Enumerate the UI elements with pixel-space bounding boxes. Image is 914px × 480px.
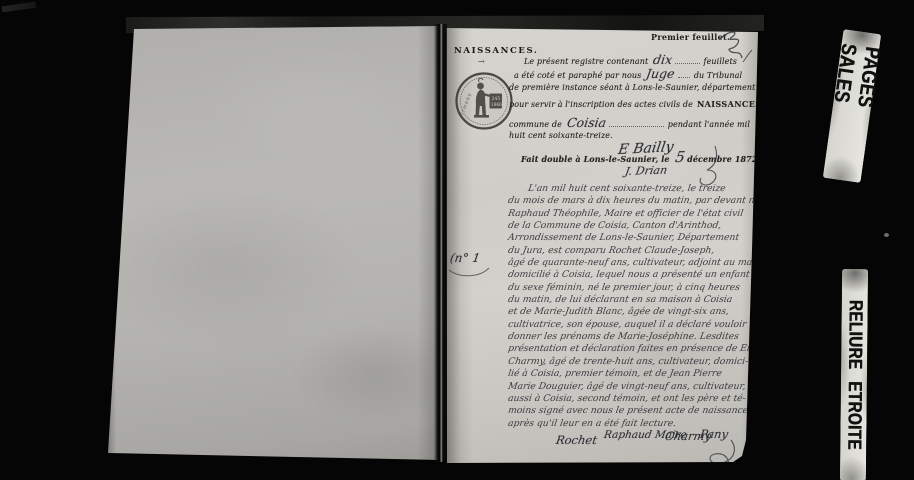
act-text-line: lié à Coisia, premier témoin, et de Jean… [507,368,761,380]
printed-text: huit cent soixante-treize. [509,131,613,140]
form-line-1: Le présent registre contenant dix feuill… [524,49,753,67]
stamp-tablet-line2: 1866 [491,103,502,108]
printed-text: pendant l'année mil [668,120,750,129]
handwritten-entry-feuillet-count: dix [652,52,673,67]
printed-text: Le présent registre contenant [524,57,648,66]
fill-flourish-icon [741,49,753,64]
act-text-line: de la Commune de Coisia, Canton d'Arinth… [507,220,761,232]
form-line-6: huit cent soixante-treize. [509,131,613,140]
timbre-imperial-stamp-icon: TIMBRE 245 1866 [455,70,513,132]
dotted-rule [678,75,690,78]
act-text-line: Arrondissement de Lons-le-Saunier, Dépar… [507,232,761,244]
margin-note-swoosh-icon [447,266,491,280]
dotted-rule [675,61,699,64]
act-text-line: L'an mil huit cent soixante-treize, le t… [507,183,761,195]
act-text-line: du matin, de lui déclarant en sa maison … [507,294,761,306]
printed-text: commune de [509,120,562,129]
film-speck [884,233,889,237]
form-line-3: de première instance séant à Lons-le-Sau… [509,83,791,92]
act-text-line: moins signé avec nous le présent acte de… [507,405,761,417]
printed-text-bold: NAISSANCES [697,99,761,109]
act-text-line: âgé de quarante-neuf ans, cultivateur, a… [507,257,761,269]
printed-text: dans la [765,100,795,109]
act-text-line: du Jura, est comparu Rochet Claude-Josep… [507,245,761,257]
act-text-line: du mois de mars à dix heures du matin, p… [507,195,761,207]
form-line-2: a été coté et paraphé par nous Juge du T… [514,66,711,81]
microfilm-scan-viewport: Premier feuillet. NAISSANCES. → TIMBRE 2… [0,0,914,480]
archive-label-reliure-etroite: RELIURE ETROITE [840,269,868,480]
archive-label-pages-sales-text: PAGES SALES [820,42,885,170]
film-smudge [2,2,37,13]
archive-label-pages-sales: PAGES SALES [823,29,882,183]
printed-text: feuillets [704,57,737,66]
act-number-margin-note: (n° 1 [449,251,481,265]
form-line-4: pour servir à l'inscription des actes ci… [509,99,795,109]
judge-signature: E Bailly [617,139,675,158]
act-text-line: donner les prénoms de Marie-Joséphine. L… [507,331,761,343]
bottom-signature-flourish-icon [691,438,739,472]
register-right-page: Premier feuillet. NAISSANCES. → TIMBRE 2… [445,26,760,463]
act-text-line: aussi à Coisia, second témoin, et ont le… [507,393,761,405]
dotted-rule [609,124,664,127]
act-text-line: et de Marie-Judith Blanc, âgée de vingt-… [507,306,761,318]
act-text-line: cultivatrice, son épouse, auquel il a dé… [507,319,761,331]
printed-text: a été coté et paraphé par nous [514,71,641,80]
act-text-line: du sexe féminin, né le premier jour, à c… [507,282,761,294]
blank-left-page [106,25,441,461]
printed-text: de première instance séant à Lons-le-Sau… [509,83,791,92]
act-text-line: Marie Douguier, âgé de vingt-neuf ans, c… [507,381,761,393]
act-text-line: Raphaud Théophile, Maire et officier de … [507,208,761,220]
father-signature: Rochet [555,433,598,447]
act-text-line: Charmy, âgé de trente-huit ans, cultivat… [507,356,761,368]
form-line-5: commune de Coisia pendant l'année mil [509,115,750,130]
handwritten-entry-judge: Juge [645,66,676,81]
book-gutter [434,24,447,462]
title-ornament: → [478,57,485,66]
stamp-tablet-line1: 245 [492,96,501,102]
act-text-line: domicilié à Coisia, lequel nous a présen… [507,269,761,281]
handwritten-entry-commune: Coisia [566,115,607,130]
birth-act-text: L'an mil huit cent soixante-treize, le t… [507,183,759,430]
printed-text: pour servir à l'inscription des actes ci… [509,100,693,109]
signature-flourish-icon [685,144,721,188]
archive-label-reliure-etroite-text: RELIURE ETROITE [842,300,866,450]
act-text-line: présentation et déclaration faites en pr… [507,343,761,355]
printed-text: du Tribunal [694,71,742,80]
clerk-signature: J. Drian [624,164,668,178]
